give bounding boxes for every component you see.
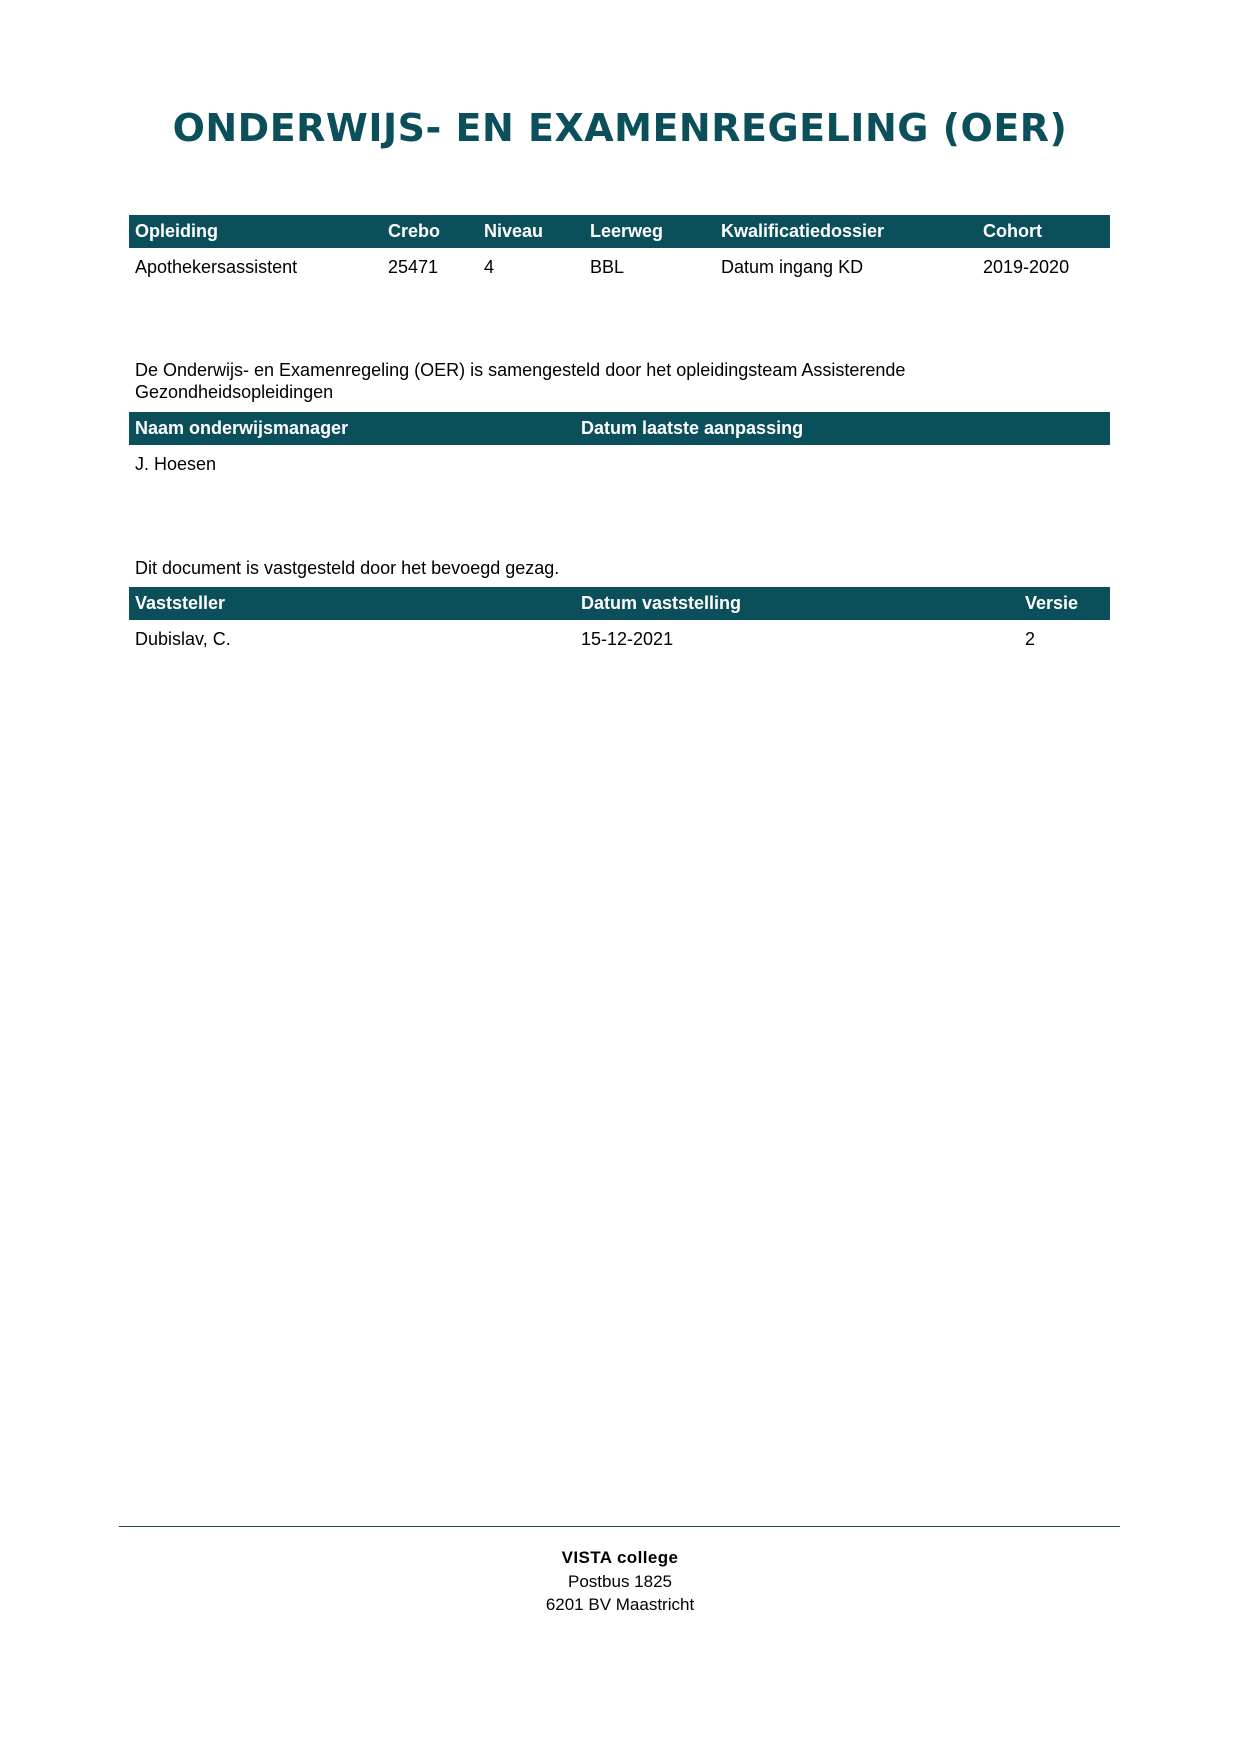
header-datum-laatste-aanpassing: Datum laatste aanpassing xyxy=(575,412,1110,445)
footer-address-line-2: 6201 BV Maastricht xyxy=(0,1593,1240,1617)
header-naam-onderwijsmanager: Naam onderwijsmanager xyxy=(129,412,575,445)
header-vaststeller: Vaststeller xyxy=(129,587,575,620)
manager-table: Naam onderwijsmanager Datum laatste aanp… xyxy=(129,412,1110,483)
header-cohort: Cohort xyxy=(977,215,1110,248)
table-row: Dubislav, C. 15-12-2021 2 xyxy=(129,620,1110,658)
cell-kwalificatiedossier: Datum ingang KD xyxy=(715,248,977,286)
footer-address-line-1: Postbus 1825 xyxy=(0,1570,1240,1594)
table-header-row: Naam onderwijsmanager Datum laatste aanp… xyxy=(129,412,1110,445)
header-datum-vaststelling: Datum vaststelling xyxy=(575,587,1019,620)
table-header-row: Opleiding Crebo Niveau Leerweg Kwalifica… xyxy=(129,215,1110,248)
footer: VISTA college Postbus 1825 6201 BV Maast… xyxy=(0,1546,1240,1617)
opleiding-table: Opleiding Crebo Niveau Leerweg Kwalifica… xyxy=(129,215,1110,286)
table-row: Apothekersassistent 25471 4 BBL Datum in… xyxy=(129,248,1110,286)
cell-vaststeller: Dubislav, C. xyxy=(129,620,575,658)
team-statement: De Onderwijs- en Examenregeling (OER) is… xyxy=(135,359,985,403)
table-row: J. Hoesen xyxy=(129,445,1110,483)
cell-niveau: 4 xyxy=(478,248,584,286)
footer-divider xyxy=(119,1526,1120,1527)
vaststelling-table: Vaststeller Datum vaststelling Versie Du… xyxy=(129,587,1110,658)
cell-leerweg: BBL xyxy=(584,248,715,286)
header-niveau: Niveau xyxy=(478,215,584,248)
header-leerweg: Leerweg xyxy=(584,215,715,248)
gezag-statement: Dit document is vastgesteld door het bev… xyxy=(135,557,985,579)
cell-cohort: 2019-2020 xyxy=(977,248,1110,286)
cell-datum-vaststelling: 15-12-2021 xyxy=(575,620,1019,658)
cell-naam-onderwijsmanager: J. Hoesen xyxy=(129,445,575,483)
header-versie: Versie xyxy=(1019,587,1110,620)
header-opleiding: Opleiding xyxy=(129,215,382,248)
header-kwalificatiedossier: Kwalificatiedossier xyxy=(715,215,977,248)
table-header-row: Vaststeller Datum vaststelling Versie xyxy=(129,587,1110,620)
cell-opleiding: Apothekersassistent xyxy=(129,248,382,286)
document-title: ONDERWIJS- EN EXAMENREGELING (OER) xyxy=(0,106,1240,150)
footer-organization: VISTA college xyxy=(0,1546,1240,1570)
header-crebo: Crebo xyxy=(382,215,478,248)
cell-crebo: 25471 xyxy=(382,248,478,286)
cell-datum-laatste-aanpassing xyxy=(575,445,1110,483)
cell-versie: 2 xyxy=(1019,620,1110,658)
